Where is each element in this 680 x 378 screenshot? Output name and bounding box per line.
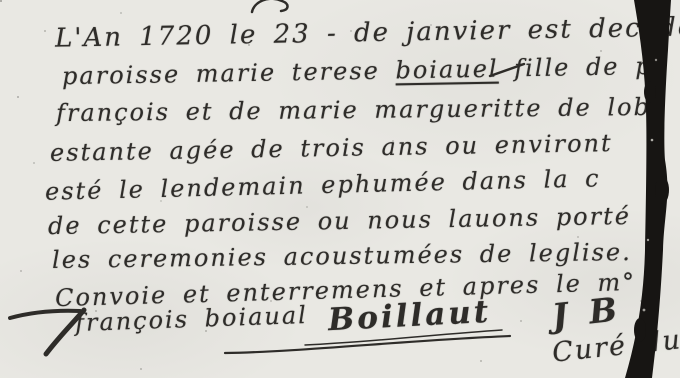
signature-initials: J B: [550, 290, 621, 336]
scanned-document-page: L'An 1720 le 23 - de janvier est decedé …: [0, 0, 680, 378]
manuscript-line-6: de cette paroisse ou nous lauons porté: [48, 202, 631, 240]
priest-signature: Boillaut: [327, 294, 492, 338]
paraph-horizontal-stroke: [10, 311, 80, 318]
line-2-text-after: fille de pi: [498, 52, 662, 83]
line-2-text: paroisse marie terese: [62, 56, 396, 90]
signature-underline-stroke: [225, 336, 510, 353]
manuscript-line-5: esté le lendemain ephumée dans la c: [45, 164, 601, 206]
top-flourish-stroke: [252, 0, 288, 12]
blot-white-speck-3: [643, 309, 646, 312]
blot-white-speck-2: [647, 239, 649, 241]
blot-white-speck: [651, 139, 654, 142]
manuscript-line-3: françois et de marie margueritte de lob: [56, 93, 651, 127]
manuscript-line-4: estante agée de trois ans ou environt: [50, 129, 613, 167]
paper-speckles: [0, 0, 2, 2]
manuscript-line-7: les ceremonies acoustumées de leglise.: [52, 238, 632, 274]
underlined-surname: boiauel: [395, 55, 499, 85]
ink-blot-bulge-2: [655, 176, 669, 204]
manuscript-line-1: L'An 1720 le 23 - de janvier est decedé: [55, 12, 680, 53]
manuscript-line-2: paroisse marie terese boiauel fille de p…: [62, 52, 663, 90]
